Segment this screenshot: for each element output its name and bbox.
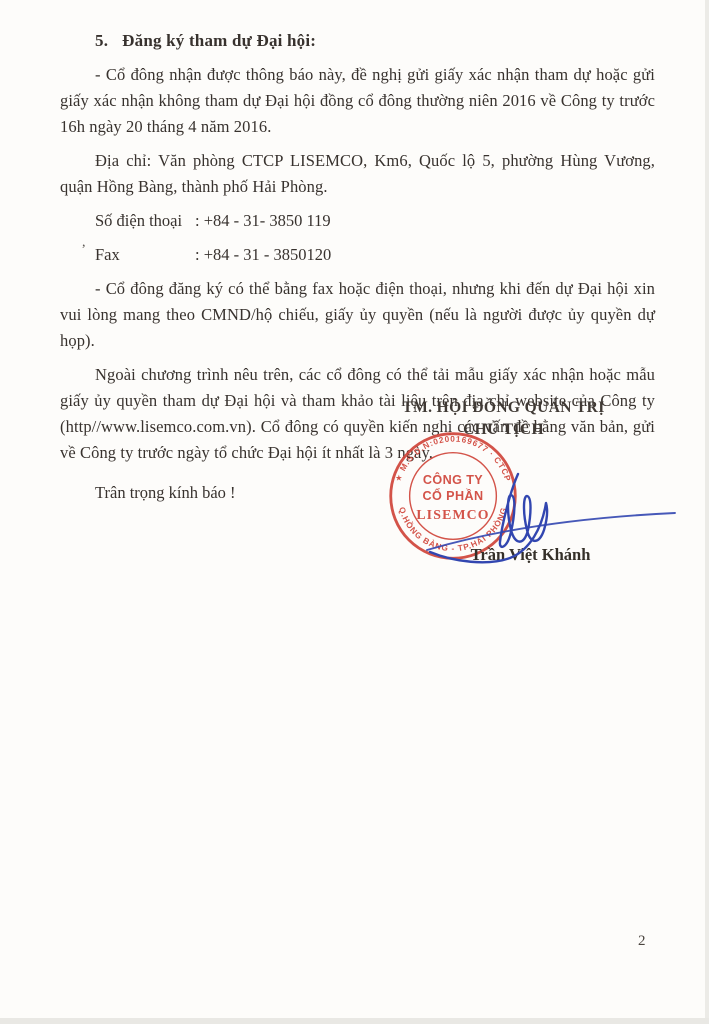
section-title: Đăng ký tham dự Đại hội: [122, 31, 316, 50]
paragraph-address: Địa chỉ: Văn phòng CTCP LISEMCO, Km6, Qu… [60, 148, 655, 200]
scan-artifact-mark: , [82, 235, 86, 251]
paragraph-notice: - Cổ đông nhận được thông báo này, đề ng… [60, 62, 655, 140]
signature-loops-stroke [430, 474, 547, 562]
phone-value: : +84 - 31- 3850 119 [195, 208, 331, 234]
handwritten-signature [418, 450, 703, 572]
fax-label: Fax [95, 242, 195, 268]
section-number: 5. [95, 31, 108, 50]
signature-tail-stroke [427, 513, 675, 550]
authority-line: TM. HỘI ĐỒNG QUẢN TRỊ [396, 397, 611, 419]
scan-edge-right [705, 0, 709, 1024]
fax-row: Fax : +84 - 31 - 3850120 [95, 242, 655, 268]
phone-row: Số điện thoại : +84 - 31- 3850 119 [95, 208, 655, 234]
phone-label: Số điện thoại [95, 208, 195, 234]
paragraph-register: - Cổ đông đăng ký có thể bằng fax hoặc đ… [60, 276, 655, 354]
page-number: 2 [638, 933, 646, 950]
scan-edge-bottom [0, 1018, 709, 1024]
section-heading: 5.Đăng ký tham dự Đại hội: [95, 28, 655, 54]
fax-value: : +84 - 31 - 3850120 [195, 242, 331, 268]
